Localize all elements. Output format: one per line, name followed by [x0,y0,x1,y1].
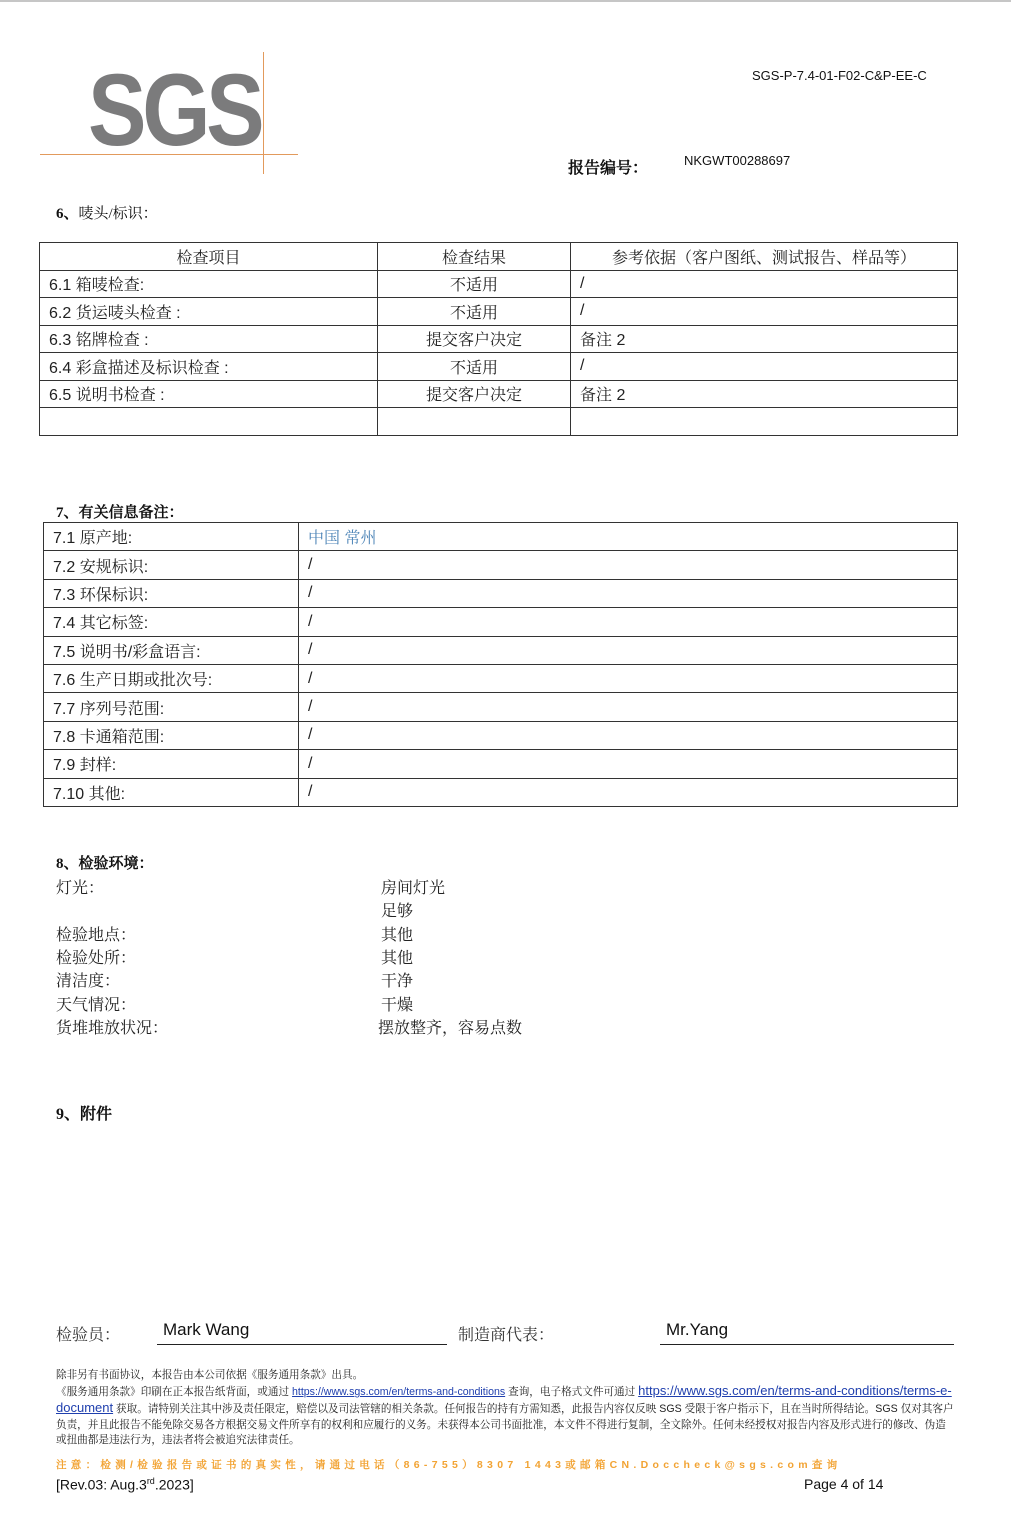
cell-value: / [299,636,958,664]
cell-item: 6.1 箱唛检查: [40,270,378,298]
env-label-lighting: 灯光： [56,875,104,898]
env-label-cleanliness: 清洁度： [56,968,120,991]
document-code: SGS-P-7.4-01-F02-C&P-EE-C [752,68,927,83]
cell-label: 7.1 原产地: [44,523,299,551]
table-row: 6.3 铭牌检查 : 提交客户决定 备注 2 [40,325,958,353]
section-6-title: 6、唛头/标识： [56,202,158,223]
section-9-label: 9、附件 [56,1106,112,1123]
cell-label: 7.5 说明书/彩盒语言: [44,636,299,664]
section-6-number: 6、 [56,206,79,222]
table-row: 7.10 其他:/ [44,778,958,806]
section-7-label: 7、有关信息备注： [56,505,184,521]
authenticity-notice: 注意：检测/检验报告或证书的真实性，请通过电话（86-755）8307 1443… [56,1457,956,1472]
top-border [0,0,1011,2]
cell-reference [571,408,958,436]
cell-value: / [299,693,958,721]
table-row: 7.3 环保标识:/ [44,579,958,607]
cell-origin-value: 中国 常州 [299,523,958,551]
env-label-premises: 检验处所： [56,945,136,968]
cell-item: 6.3 铭牌检查 : [40,325,378,353]
disclaimer-text-post: 获取。请特别关注其中涉及责任限定，赔偿以及司法管辖的相关条款。任何报告的持有方需… [56,1403,954,1445]
logo-text: SGS [88,60,260,160]
cell-label: 7.7 序列号范围: [44,693,299,721]
disclaimer-text-pre: 《服务通用条款》印刷在正本报告纸背面，或通过 [56,1386,292,1398]
section-7-title: 7、有关信息备注： [56,501,184,522]
cell-reference: / [571,298,958,326]
table-row: 6.5 说明书检查 : 提交客户决定 备注 2 [40,380,958,408]
env-label-stacking: 货堆堆放状况： [56,1015,168,1038]
table-row-empty [40,408,958,436]
disclaimer-line-1: 除非另有书面协议，本报告由本公司依据《服务通用条款》出具。 [56,1368,956,1383]
table-header-row: 检查项目 检查结果 参考依据（客户图纸、测试报告、样品等） [40,243,958,271]
table-row: 6.1 箱唛检查: 不适用 / [40,270,958,298]
section-8-title: 8、检验环境： [56,852,154,873]
logo-horizontal-line [40,154,298,155]
table-row: 7.8 卡通箱范围:/ [44,721,958,749]
section-9-title: 9、附件 [56,1101,112,1124]
cell-result: 提交客户决定 [378,325,571,353]
inspector-label: 检验员： [56,1322,120,1345]
cell-reference: 备注 2 [571,325,958,353]
table-row: 6.4 彩盒描述及标识检查 : 不适用 / [40,353,958,381]
report-number-value: NKGWT00288697 [684,153,790,168]
table-row: 7.4 其它标签:/ [44,608,958,636]
cell-label: 7.4 其它标签: [44,608,299,636]
revision-info: [Rev.03: Aug.3rd.2023] [56,1476,194,1493]
section-8-label: 8、检验环境： [56,856,154,872]
manufacturer-signature: Mr.Yang [660,1320,954,1345]
env-label-location: 检验地点： [56,922,136,945]
table-row: 6.2 货运唛头检查 : 不适用 / [40,298,958,326]
cell-result [378,408,571,436]
env-label-weather: 天气情况： [56,992,136,1015]
table-row: 7.2 安规标识:/ [44,551,958,579]
marking-inspection-table: 检查项目 检查结果 参考依据（客户图纸、测试报告、样品等） 6.1 箱唛检查: … [39,242,958,436]
table-row: 7.5 说明书/彩盒语言:/ [44,636,958,664]
revision-post: .2023] [155,1477,194,1493]
table-row: 7.1 原产地:中国 常州 [44,523,958,551]
cell-value: / [299,750,958,778]
cell-label: 7.2 安规标识: [44,551,299,579]
cell-label: 7.9 封样: [44,750,299,778]
cell-item: 6.5 说明书检查 : [40,380,378,408]
table-row: 7.6 生产日期或批次号:/ [44,664,958,692]
cell-reference: / [571,353,958,381]
cell-reference: / [571,270,958,298]
cell-label: 7.6 生产日期或批次号: [44,664,299,692]
cell-value: / [299,664,958,692]
env-value-lighting: 房间灯光 [381,875,445,898]
env-value-cleanliness: 干净 [381,968,413,991]
cell-value: / [299,579,958,607]
related-info-table: 7.1 原产地:中国 常州 7.2 安规标识:/ 7.3 环保标识:/ 7.4 … [43,522,958,807]
cell-value: / [299,551,958,579]
cell-item: 6.4 彩盒描述及标识检查 : [40,353,378,381]
cell-result: 不适用 [378,298,571,326]
section-6-label: 唛头/标识： [79,206,158,222]
env-value-lighting-level: 足够 [381,898,413,921]
cell-result: 不适用 [378,353,571,381]
column-header-item: 检查项目 [40,243,378,271]
cell-result: 不适用 [378,270,571,298]
cell-value: / [299,608,958,636]
cell-label: 7.8 卡通箱范围: [44,721,299,749]
cell-value: / [299,721,958,749]
sgs-logo: SGS [40,52,300,174]
env-value-weather: 干燥 [381,992,413,1015]
revision-pre: [Rev.03: Aug.3 [56,1477,147,1493]
cell-value: / [299,778,958,806]
disclaimer: 除非另有书面协议，本报告由本公司依据《服务通用条款》出具。 《服务通用条款》印刷… [56,1368,956,1448]
cell-label: 7.10 其他: [44,778,299,806]
disclaimer-text-mid: 查询，电子格式文件可通过 [505,1386,638,1398]
disclaimer-body: 《服务通用条款》印刷在正本报告纸背面，或通过 https://www.sgs.c… [56,1383,956,1448]
table-row: 7.9 封样:/ [44,750,958,778]
terms-link[interactable]: https://www.sgs.com/en/terms-and-conditi… [292,1386,505,1398]
revision-sup: rd [147,1476,155,1486]
env-value-location: 其他 [381,922,413,945]
cell-reference: 备注 2 [571,380,958,408]
cell-label: 7.3 环保标识: [44,579,299,607]
logo-vertical-line [263,52,264,174]
table-row: 7.7 序列号范围:/ [44,693,958,721]
cell-result: 提交客户决定 [378,380,571,408]
env-value-stacking: 摆放整齐，容易点数 [378,1015,522,1038]
cell-item: 6.2 货运唛头检查 : [40,298,378,326]
cell-item [40,408,378,436]
column-header-result: 检查结果 [378,243,571,271]
page-number: Page 4 of 14 [804,1476,883,1492]
report-number-label: 报告编号： [568,155,648,178]
manufacturer-label: 制造商代表： [458,1322,554,1345]
env-value-premises: 其他 [381,945,413,968]
column-header-reference: 参考依据（客户图纸、测试报告、样品等） [571,243,958,271]
inspector-signature: Mark Wang [157,1320,447,1345]
